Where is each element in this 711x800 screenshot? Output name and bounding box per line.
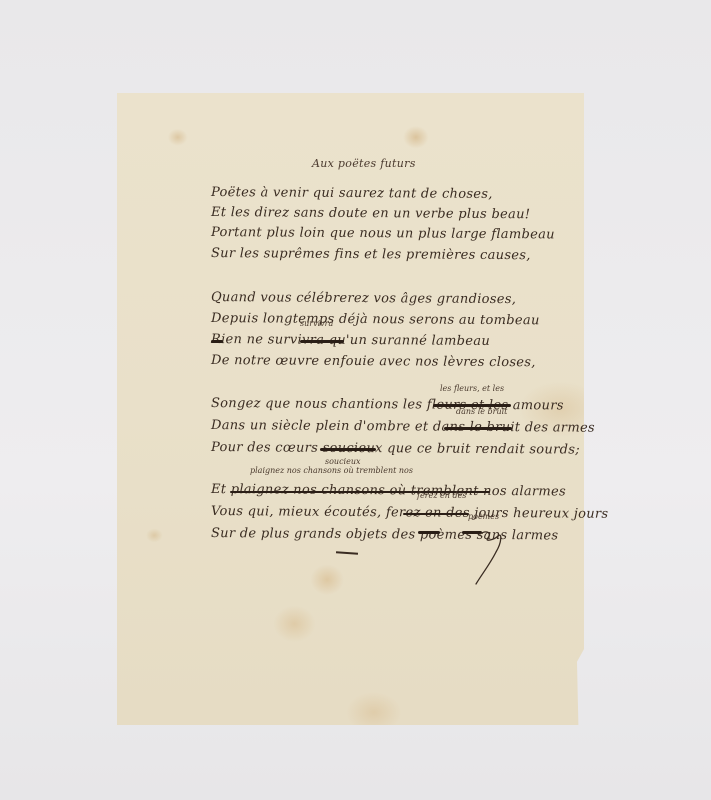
stanza-2-line-2: Depuis longtemps déjà nous serons au tom… bbox=[211, 311, 540, 328]
strikethrough-mark bbox=[444, 427, 512, 430]
stanza-2-line-4: De notre œuvre enfouie avec nos lèvres c… bbox=[211, 353, 536, 370]
strikethrough-mark bbox=[211, 340, 223, 343]
correction-plaignez: plaignez nos chansons où tremblent nos bbox=[250, 466, 413, 475]
correction-survivra: survivra bbox=[300, 319, 333, 328]
strikethrough-mark bbox=[403, 513, 469, 515]
correction-bruit: dans le bruit bbox=[456, 407, 507, 416]
stanza-1-line-3: Portant plus loin que nous un plus large… bbox=[211, 225, 555, 242]
correction-poemes: poèmes bbox=[468, 512, 499, 521]
stanza-2-line-1: Quand vous célébrerez vos âges grandiose… bbox=[211, 290, 516, 307]
stanza-3-line-2: Dans un siècle plein d'ombre et dans le … bbox=[211, 418, 595, 436]
stanza-1-line-4: Sur les suprêmes fins et les premières c… bbox=[211, 246, 531, 263]
correction-soucieux: soucieux bbox=[325, 457, 361, 466]
poem-title: Aux poëtes futurs bbox=[312, 157, 416, 170]
stanza-1-line-1: Poëtes à venir qui saurez tant de choses… bbox=[211, 185, 493, 202]
stanza-3-line-3: Pour des cœurs soucieux que ce bruit ren… bbox=[211, 440, 580, 458]
strikethrough-mark bbox=[418, 531, 440, 534]
correction-ferez: ferez en des bbox=[417, 491, 466, 500]
correction-fleurs: les fleurs, et les bbox=[440, 384, 504, 393]
stanza-1-line-2: Et les direz sans doute en un verbe plus… bbox=[211, 205, 530, 222]
stanza-2-line-3: Rien ne survivra qu'un suranné lambeau bbox=[211, 332, 490, 349]
strikethrough-mark bbox=[300, 340, 344, 343]
signature-flourish-icon bbox=[472, 528, 512, 588]
strikethrough-mark bbox=[320, 448, 376, 451]
